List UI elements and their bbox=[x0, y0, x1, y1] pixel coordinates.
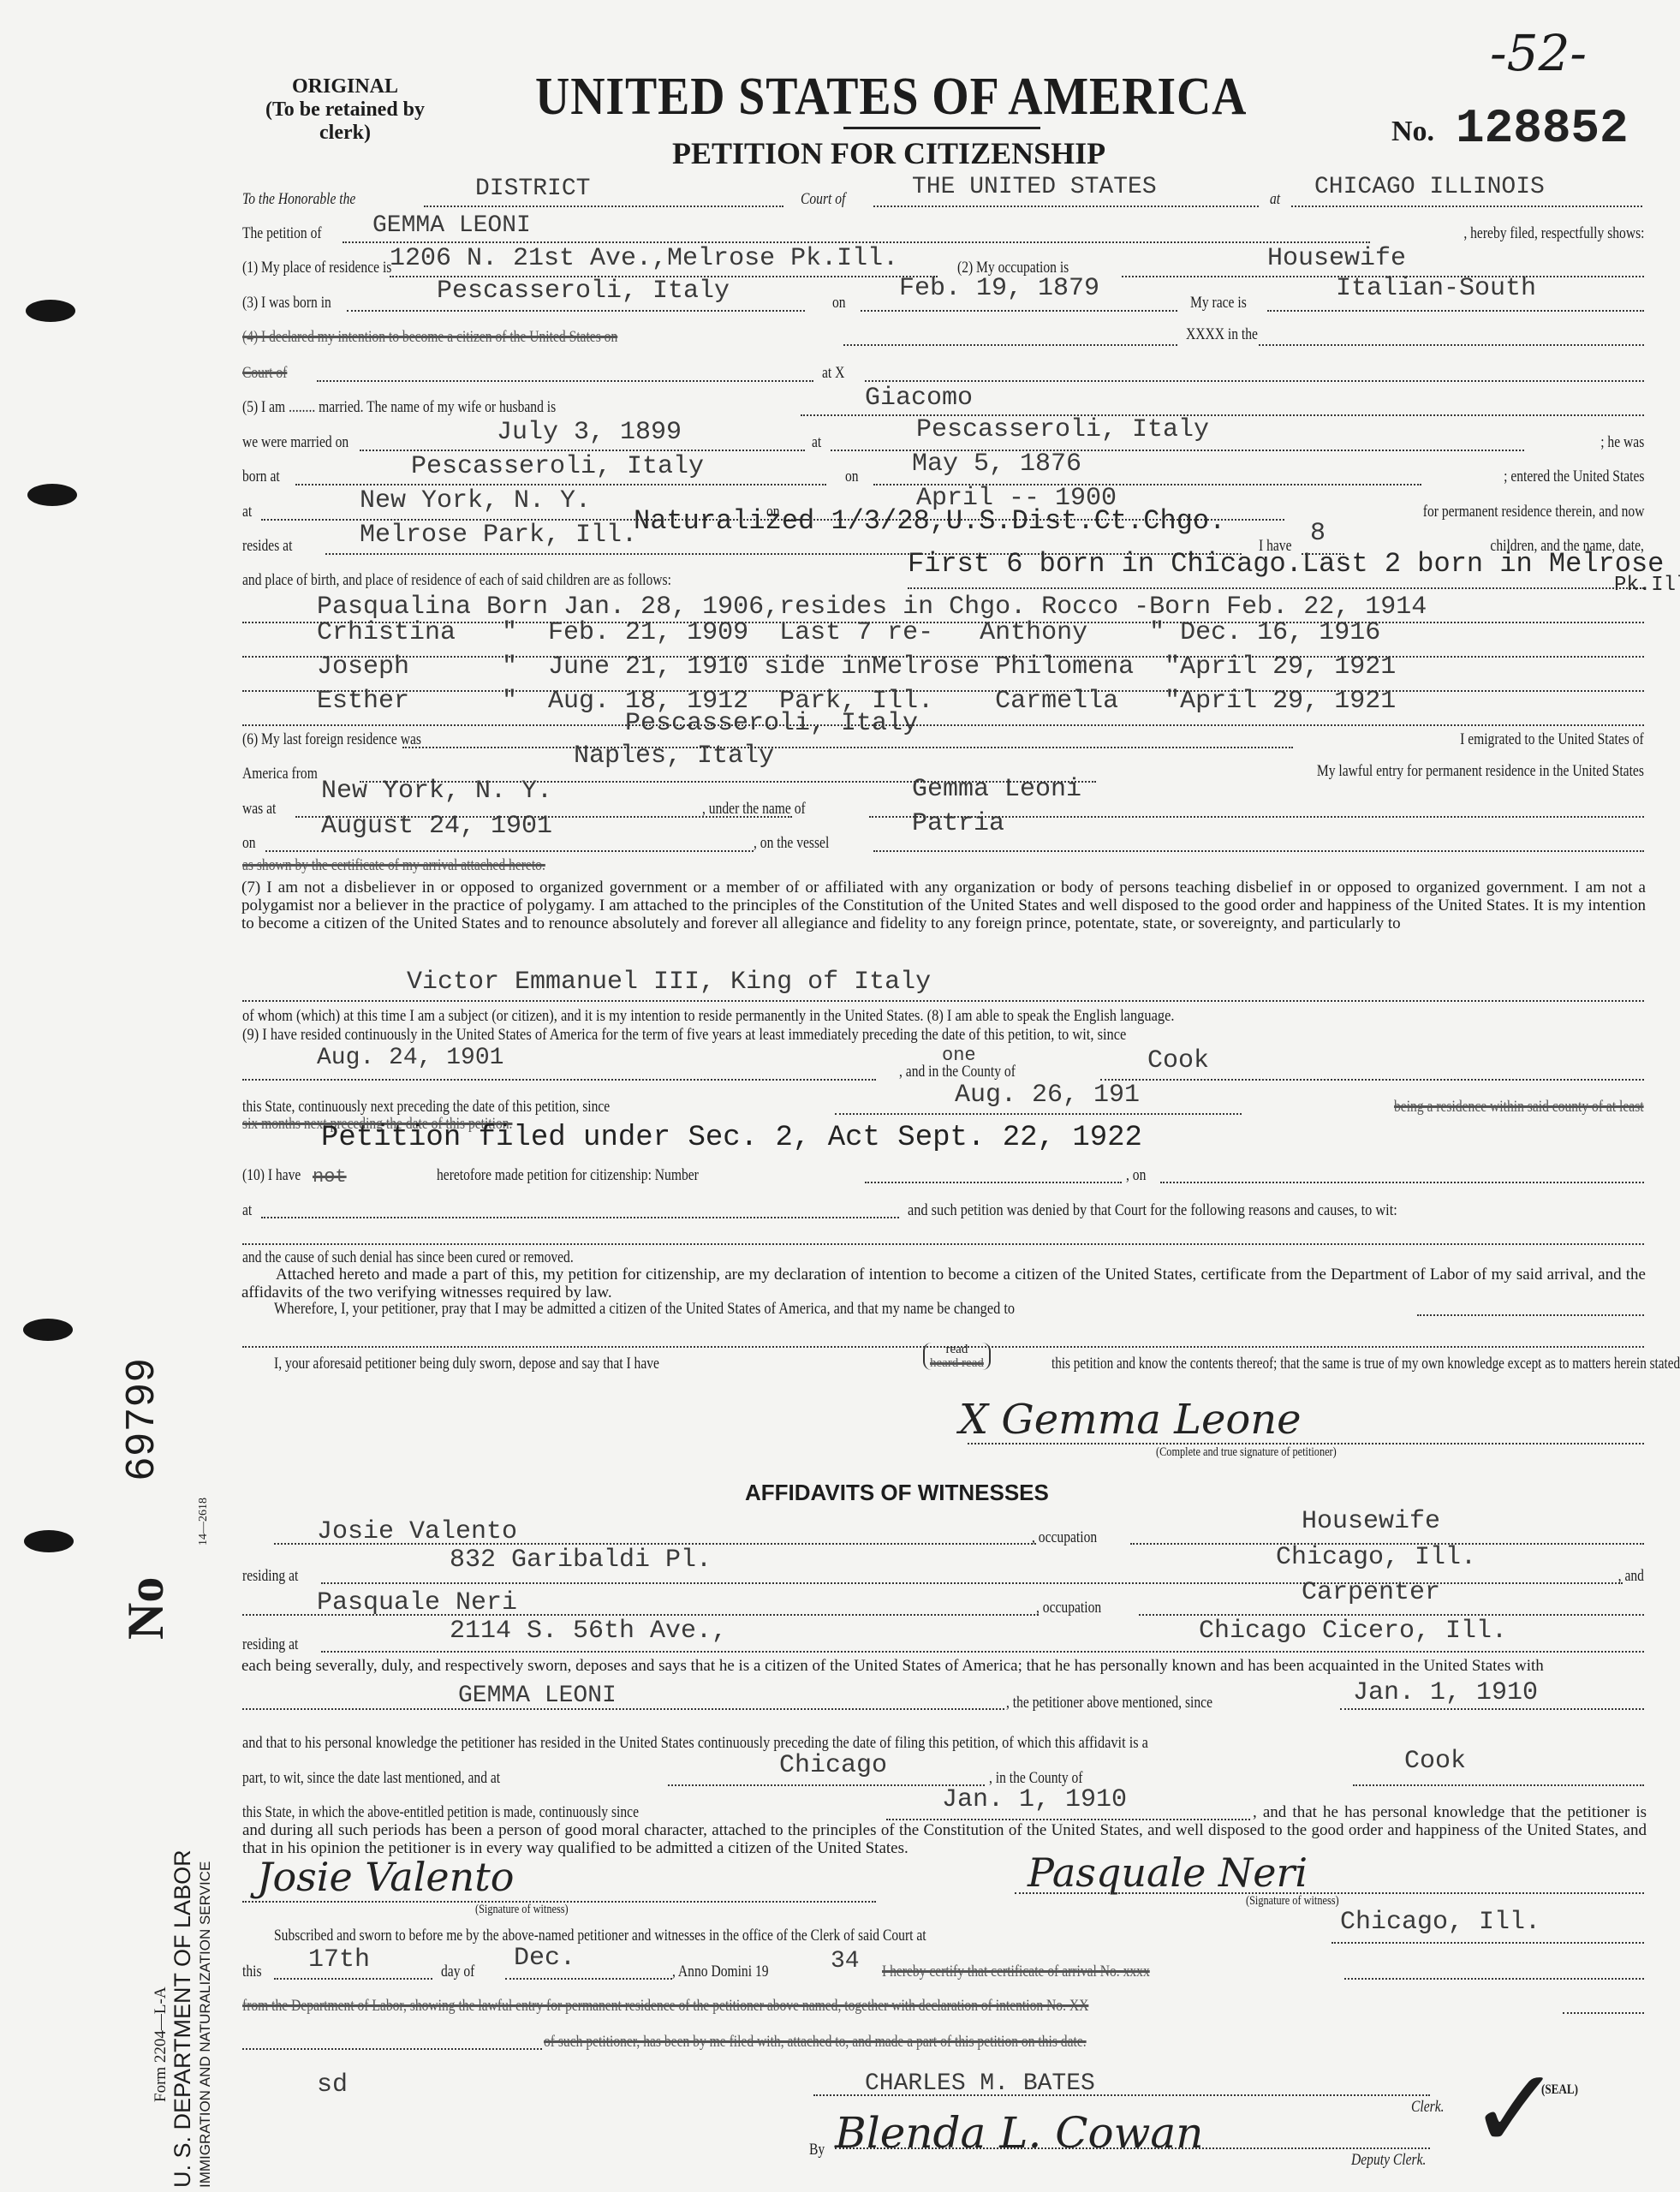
birthdate-value: Feb. 19, 1879 bbox=[899, 274, 1099, 303]
jurat-day: 17th bbox=[308, 1945, 370, 1975]
label: To the Honorable the bbox=[242, 190, 355, 209]
label: , on the vessel bbox=[754, 834, 829, 853]
label: (5) I am ........ married. The name of m… bbox=[242, 398, 556, 417]
punch-hole bbox=[23, 1319, 73, 1341]
label: Court of bbox=[242, 364, 287, 383]
heard-read-option: heard read bbox=[930, 1356, 984, 1370]
struck-petitioner-text: of such petitioner, has been by me filed… bbox=[544, 2033, 1087, 2052]
wherefore-text: Wherefore, I, your petitioner, pray that… bbox=[274, 1300, 1015, 1319]
foreign-residence: Pescasseroli, Italy bbox=[625, 709, 918, 738]
label: (1) My place of residence is bbox=[242, 259, 391, 277]
witness-signature: Josie Valento bbox=[257, 1854, 514, 1900]
label: XXXX in the bbox=[1186, 325, 1258, 344]
struck-declaration-text: (4) I declared my intention to become a … bbox=[242, 328, 617, 347]
state-residence-since: Aug. 26, 191 bbox=[955, 1081, 1140, 1110]
label: on bbox=[845, 468, 859, 486]
sovereign-name: Victor Emmanuel III, King of Italy bbox=[407, 968, 931, 997]
jurat-location: Chicago, Ill. bbox=[1340, 1908, 1540, 1937]
jurat-year: 34 bbox=[831, 1948, 860, 1975]
court-of: THE UNITED STATES bbox=[912, 174, 1157, 200]
witness-occupation: Housewife bbox=[1302, 1507, 1440, 1536]
clerk-label: Clerk. bbox=[1411, 2098, 1445, 2117]
struck-residence-text: being a residence within said county of … bbox=[1394, 1098, 1644, 1117]
attached-text: Attached hereto and made a part of this,… bbox=[241, 1266, 1646, 1301]
margin-form-number: Form 2204—L-A bbox=[152, 1986, 170, 2102]
label: My race is bbox=[1190, 294, 1247, 313]
label: and such petition was denied by that Cou… bbox=[908, 1201, 1397, 1220]
residence-value: 1206 N. 21st Ave.,Melrose Pk.Ill. bbox=[390, 244, 898, 273]
original-note-line: ORIGINAL bbox=[238, 75, 452, 98]
oath-continuation bbox=[242, 1374, 1647, 1412]
children-count: 8 bbox=[1310, 519, 1326, 548]
label: born at bbox=[242, 468, 280, 486]
arrival-date: August 24, 1901 bbox=[321, 812, 552, 841]
label: and place of birth, and place of residen… bbox=[242, 571, 671, 590]
margin-stamp-number: 69799 bbox=[120, 1358, 166, 1481]
label: residing at bbox=[242, 1635, 298, 1654]
jurat-text: Subscribed and sworn to before me by the… bbox=[274, 1927, 926, 1945]
signature-caption: (Signature of witness) bbox=[475, 1903, 569, 1917]
affidavits-title: AFFIDAVITS OF WITNESSES bbox=[745, 1480, 1049, 1506]
petitioner-signature: X Gemma Leone bbox=[959, 1396, 1302, 1444]
children-note-end: Pk.Ill. bbox=[1614, 574, 1680, 597]
child-row: Pasqualina Born Jan. 28, 1906,resides in… bbox=[317, 593, 1427, 622]
struck-department-text: from the Department of Labor, showing th… bbox=[242, 1997, 1088, 2016]
label: , and in the County of bbox=[899, 1063, 1016, 1081]
race-value: Italian-South bbox=[1336, 274, 1536, 303]
child-row: Crhistina " Feb. 21, 1909 Last 7 re- Ant… bbox=[317, 618, 1380, 647]
witness-occupation: Carpenter bbox=[1302, 1578, 1440, 1607]
cured-text: and the cause of such denial has since b… bbox=[242, 1248, 574, 1267]
arrival-port: New York, N. Y. bbox=[321, 777, 552, 806]
label: resides at bbox=[242, 537, 292, 556]
witness-name: Josie Valento bbox=[317, 1517, 517, 1546]
label: ; entered the United States bbox=[1504, 468, 1644, 486]
label: this bbox=[242, 1963, 262, 1981]
signature-caption: (Complete and true signature of petition… bbox=[1156, 1445, 1337, 1460]
subject-text: of whom (which) at this time I am a subj… bbox=[242, 1007, 1175, 1026]
label: we were married on bbox=[242, 433, 349, 452]
label: on bbox=[242, 834, 256, 853]
label: ; he was bbox=[1600, 433, 1644, 452]
petitioner-name-repeat: GEMMA LEONI bbox=[458, 1683, 617, 1709]
document-subtitle: PETITION FOR CITIZENSHIP bbox=[672, 135, 1105, 171]
label: , and bbox=[1618, 1567, 1644, 1586]
spouse-name: Giacomo bbox=[865, 384, 973, 413]
label: was at bbox=[242, 800, 276, 819]
punch-hole bbox=[27, 484, 77, 506]
label: at bbox=[242, 503, 252, 521]
read-option: read bbox=[930, 1343, 984, 1356]
knowledge-text: and that to his personal knowledge the p… bbox=[242, 1734, 1148, 1753]
witness-name: Pasquale Neri bbox=[317, 1588, 517, 1617]
label: I emigrated to the United States of bbox=[1460, 730, 1644, 749]
label: My lawful entry for permanent residence … bbox=[1317, 762, 1644, 781]
sd-note: sd bbox=[317, 2070, 348, 2100]
label: (10) I have bbox=[242, 1166, 301, 1185]
residence-duration-text: (9) I have resided continuously in the U… bbox=[242, 1026, 1126, 1045]
oath-text: I, your aforesaid petitioner being duly … bbox=[274, 1355, 659, 1373]
occupation-value: Housewife bbox=[1267, 244, 1406, 273]
label: (3) I was born in bbox=[242, 294, 331, 313]
margin-print-code: 14—2618 bbox=[197, 1498, 211, 1546]
page-marker: -52- bbox=[1490, 24, 1587, 82]
marriage-place: Pescasseroli, Italy bbox=[916, 415, 1209, 444]
label: at bbox=[812, 433, 821, 452]
marriage-date: July 3, 1899 bbox=[497, 418, 682, 447]
label: The petition of bbox=[242, 224, 322, 243]
clerk-name: CHARLES M. BATES bbox=[865, 2070, 1095, 2097]
filing-basis: Petition filed under Sec. 2, Act Sept. 2… bbox=[321, 1122, 1142, 1154]
birthplace-value: Pescasseroli, Italy bbox=[437, 277, 730, 306]
title-rule bbox=[843, 127, 1040, 129]
read-options: read heard read bbox=[923, 1343, 991, 1370]
label: this State, continuously next preceding … bbox=[242, 1098, 610, 1117]
deputy-clerk-label: Deputy Clerk. bbox=[1351, 2151, 1426, 2170]
struck-certificate-text: as shown by the certificate of my arriva… bbox=[242, 856, 545, 875]
witness-city: Chicago, Ill. bbox=[1276, 1543, 1476, 1572]
petition-number: 128852 bbox=[1456, 101, 1629, 156]
court-location: CHICAGO ILLINOIS bbox=[1314, 174, 1545, 200]
struck-certify-text: I hereby certify that certificate of arr… bbox=[882, 1963, 1150, 1981]
original-note: ORIGINAL (To be retained by clerk) bbox=[238, 75, 452, 145]
allegiance-paragraph: (7) I am not a disbeliever in or opposed… bbox=[241, 879, 1646, 932]
known-since: Jan. 1, 1910 bbox=[1353, 1678, 1538, 1707]
children-note: First 6 born in Chicago.Last 2 born in M… bbox=[908, 548, 1664, 580]
original-note-line: (To be retained by bbox=[238, 98, 452, 122]
vessel-name: Patria bbox=[912, 809, 1004, 838]
spouse-entry-port: New York, N. Y. bbox=[360, 486, 591, 515]
spouse-birthplace: Pescasseroli, Italy bbox=[411, 452, 704, 481]
label: at bbox=[242, 1201, 252, 1220]
label: Court of bbox=[801, 190, 845, 209]
label: (6) My last foreign residence was bbox=[242, 730, 421, 749]
moral-character-text: , and that he has personal knowledge tha… bbox=[242, 1803, 1647, 1857]
witness-address: 832 Garibaldi Pl. bbox=[450, 1546, 712, 1575]
label: , occupation bbox=[1036, 1599, 1101, 1617]
label: day of bbox=[441, 1963, 474, 1981]
by-label: By bbox=[809, 2141, 825, 2159]
signature-caption: (Signature of witness) bbox=[1246, 1894, 1339, 1909]
court-type: DISTRICT bbox=[475, 176, 590, 202]
us-residence-since: Aug. 24, 1901 bbox=[317, 1045, 503, 1071]
not-value: not bbox=[313, 1166, 347, 1188]
label: , hereby filed, respectfully shows: bbox=[1463, 224, 1644, 243]
document-title: UNITED STATES OF AMERICA bbox=[535, 67, 1247, 128]
label: on bbox=[832, 294, 846, 313]
label: , occupation bbox=[1032, 1528, 1097, 1547]
witness-sworn-text: each being severally, duly, and respecti… bbox=[241, 1657, 1646, 1675]
naturalization-note: Naturalized 1/3/28,U.S.Dist.Ct.Chgo. bbox=[634, 505, 1225, 537]
deputy-signature: Blenda L. Cowan bbox=[835, 2108, 1203, 2158]
label: , under the name of bbox=[702, 800, 806, 819]
label: for permanent residence therein, and now bbox=[1422, 503, 1644, 521]
departure-port: Naples, Italy bbox=[574, 742, 774, 771]
witness-city: Chicago Cicero, Ill. bbox=[1199, 1617, 1507, 1646]
label: at bbox=[1270, 190, 1280, 209]
spouse-residence: Melrose Park, Ill. bbox=[360, 521, 637, 550]
margin-no-label: No bbox=[116, 1577, 176, 1640]
county-value: Cook bbox=[1147, 1046, 1209, 1075]
witness-signature: Pasquale Neri bbox=[1028, 1849, 1308, 1896]
witness-address: 2114 S. 56th Ave., bbox=[450, 1617, 727, 1646]
spouse-birthdate: May 5, 1876 bbox=[912, 450, 1081, 479]
label: , on bbox=[1126, 1166, 1146, 1185]
label: at X bbox=[822, 364, 844, 383]
petition-number-label: No. bbox=[1391, 116, 1434, 148]
label: America from bbox=[242, 765, 318, 783]
jurat-month: Dec. bbox=[514, 1944, 575, 1973]
witness-part-at: Chicago bbox=[779, 1751, 887, 1780]
checkmark-icon: ✓ bbox=[1469, 2055, 1562, 2166]
child-row: Joseph " June 21, 1910 side inMelrose Ph… bbox=[317, 652, 1396, 682]
punch-hole bbox=[24, 1530, 74, 1552]
margin-service: IMMIGRATION AND NATURALIZATION SERVICE bbox=[197, 1861, 214, 2188]
oath-text-cont: this petition and know the contents ther… bbox=[1051, 1355, 1680, 1373]
petitioner-name: GEMMA LEONI bbox=[372, 212, 531, 239]
label: , Anno Domini 19 bbox=[672, 1963, 769, 1981]
label: heretofore made petition for citizenship… bbox=[437, 1166, 699, 1185]
witness-county: Cook bbox=[1404, 1747, 1466, 1776]
label: part, to wit, since the date last mentio… bbox=[242, 1769, 500, 1788]
original-note-line: clerk) bbox=[238, 122, 452, 145]
label: , the petitioner above mentioned, since bbox=[1006, 1694, 1212, 1712]
margin-department: U. S. DEPARTMENT OF LABOR bbox=[170, 1849, 196, 2188]
label: residing at bbox=[242, 1567, 298, 1586]
punch-hole bbox=[26, 300, 75, 322]
arrival-name: Gemma Leoni bbox=[912, 775, 1081, 804]
